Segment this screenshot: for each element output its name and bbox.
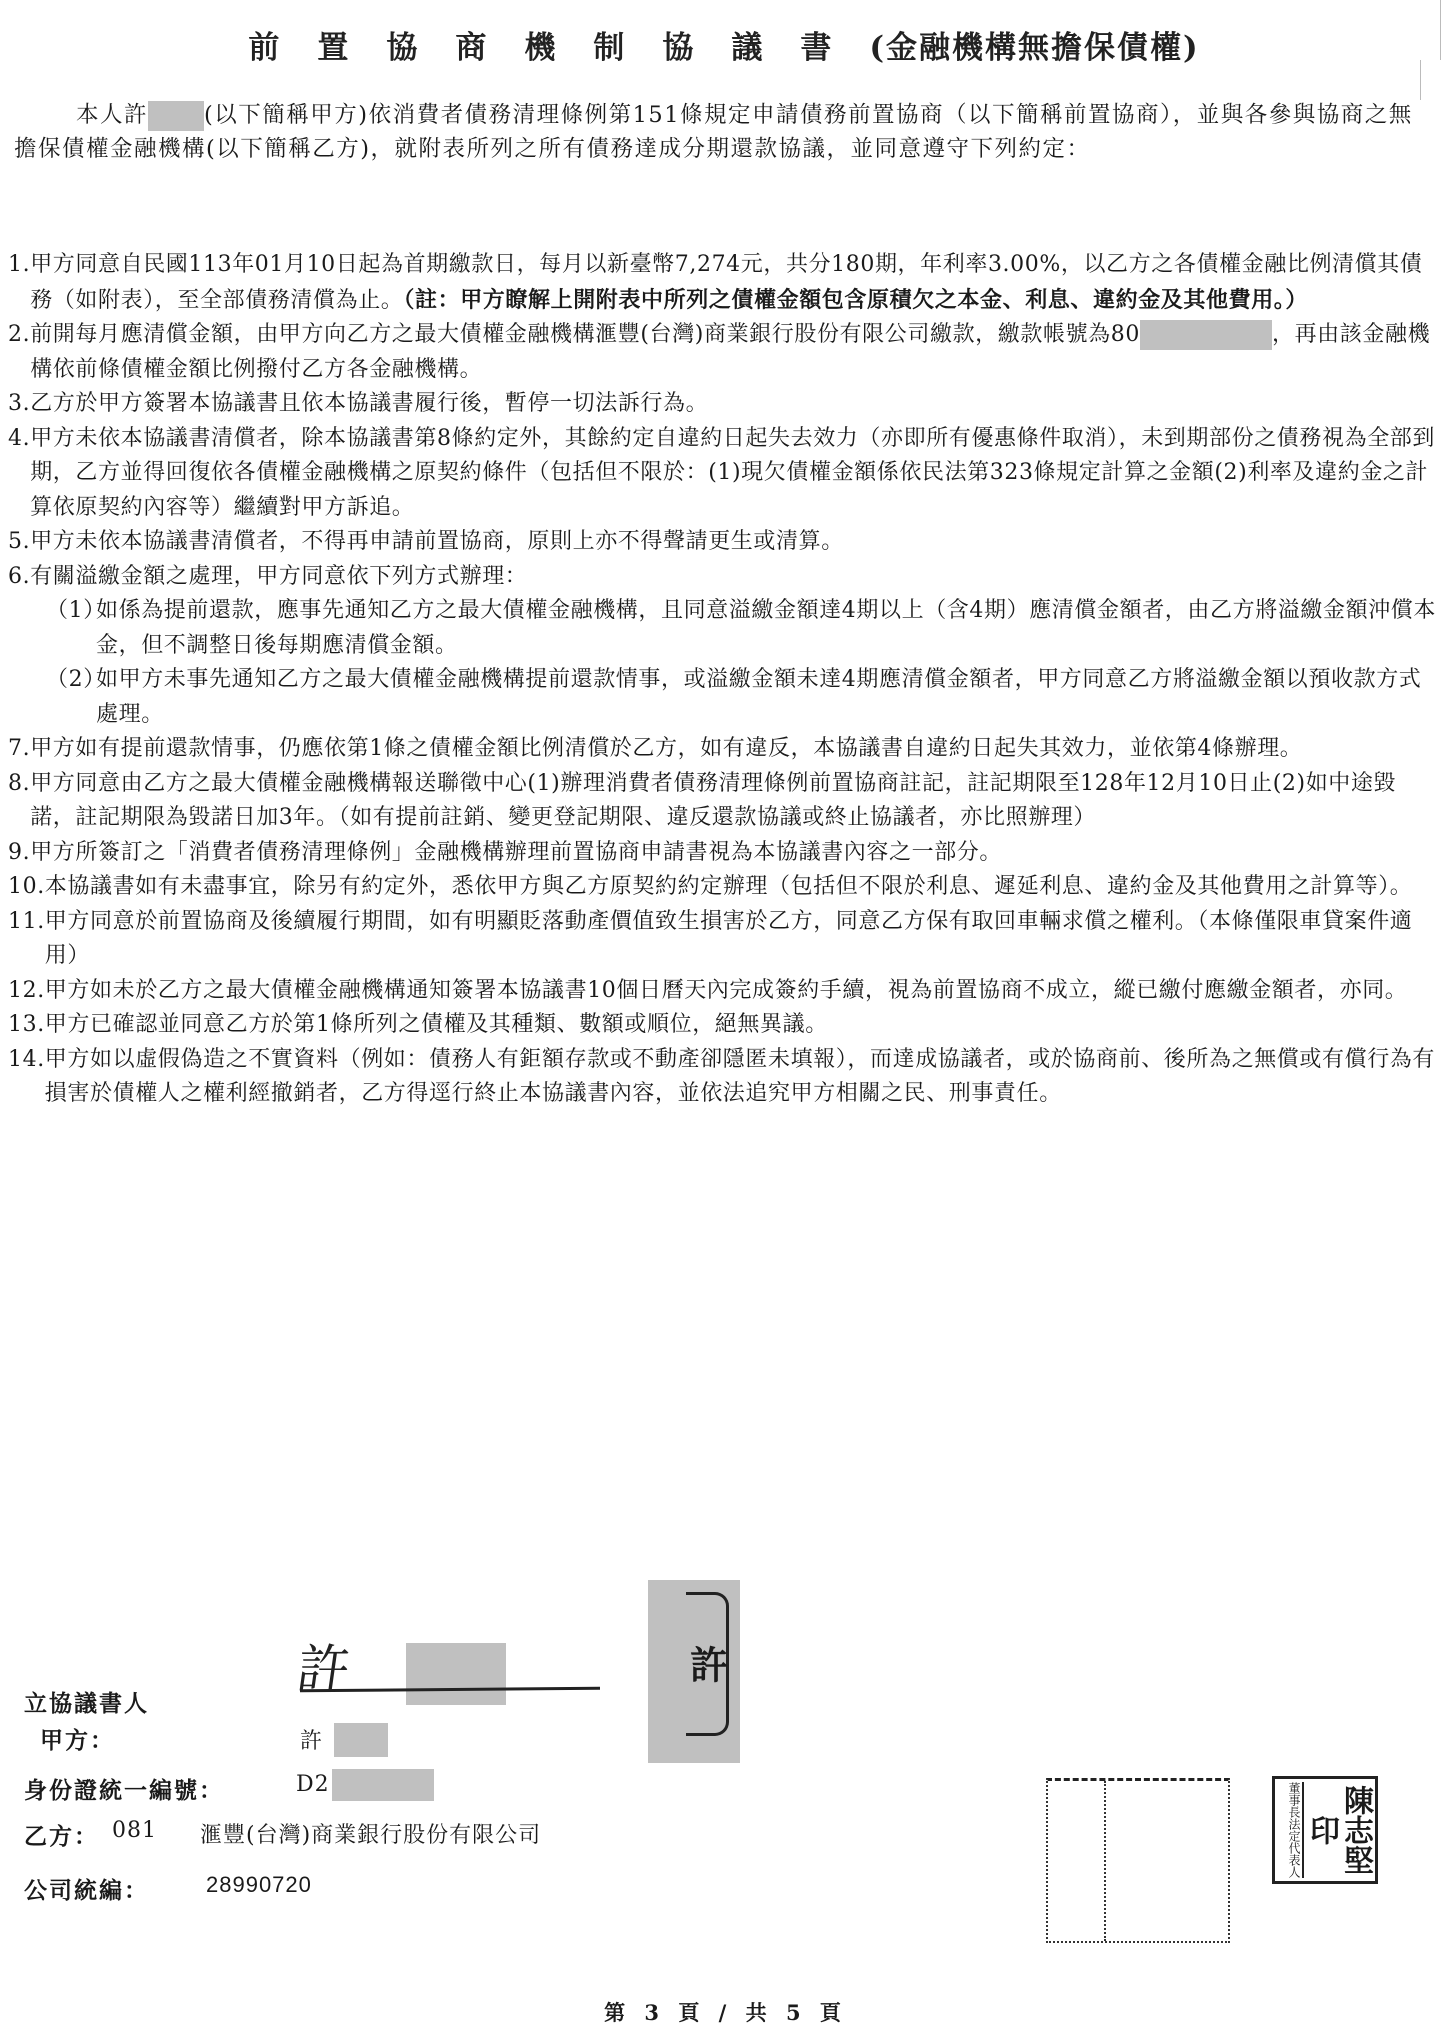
party-a-label: 甲方： [40,1722,115,1755]
intro-paragraph: 本人許(以下簡稱甲方)依消費者債務清理條例第151條規定申請債務前置協商（以下簡… [14,98,1432,166]
clause-12: 12. 甲方如未於乙方之最大債權金融機構通知簽署本協議書10個日曆天內完成簽約手… [8,974,1436,1009]
party-b-name: 滙豐(台灣)商業銀行股份有限公司 [200,1818,541,1849]
clause-6-sub-1: （1） 如係為提前還款，應事先通知乙方之最大債權金融機構，且同意溢繳金額達4期以… [8,594,1436,663]
clause-4: 4. 甲方未依本協議書清償者，除本協議書第8條約定外，其餘約定自違約日起失去效力… [8,422,1436,526]
clause-6-sub-2: （2） 如甲方未事先通知乙方之最大債權金融機構提前還款情事，或溢繳金額未達4期應… [8,663,1436,732]
scan-margin-mark [1440,0,1441,60]
scan-margin-mark [1420,60,1421,100]
title-sub: (金融機構無擔保債權) [869,30,1199,66]
party-a-name: 許 [300,1724,323,1755]
clause-8: 8. 甲方同意由乙方之最大債權金融機構報送聯徵中心(1)辦理消費者債務清理條例前… [8,767,1436,836]
clause-1-note: （註：甲方瞭解上開附表中所列之債權金額包含原積欠之本金、利息、違約金及其他費用。… [403,287,1308,313]
signatory-heading: 立協議書人 [24,1685,149,1718]
clause-10: 10. 本協議書如有未盡事宜，除另有約定外，悉依甲方與乙方原契約約定辦理（包括但… [8,870,1436,905]
clause-9: 9. 甲方所簽訂之「消費者債務清理條例」金融機構辦理前置協商申請書視為本協議書內… [8,836,1436,871]
intro-text: (以下簡稱甲方)依消費者債務清理條例第151條規定申請債務前置協商（以下簡稱前置… [14,102,1413,162]
id-number-label: 身份證統一編號： [24,1772,224,1805]
clause-2: 2. 前開每月應清償金額，由甲方向乙方之最大債權金融機構滙豐(台灣)商業銀行股份… [8,318,1436,387]
seal-small-text: 董事長法定代表人 [1278,1782,1304,1878]
company-id-label: 公司統編： [24,1872,149,1905]
seal-big-text: 陳志堅印 [1304,1782,1372,1878]
representative-seal-stamp: 董事長法定代表人 陳志堅印 [1272,1776,1378,1884]
clause-list: 1. 甲方同意自民國113年01月10日起為首期繳款日，每月以新臺幣7,274元… [8,248,1436,1112]
company-id: 28990720 [206,1872,312,1898]
faded-bank-seal-stamp [1046,1778,1230,1943]
clause-5: 5. 甲方未依本協議書清償者，不得再申請前置協商，原則上亦不得聲請更生或清算。 [8,525,1436,560]
redacted-signature [406,1643,506,1705]
party-b-code: 081 [112,1818,157,1843]
clause-13: 13. 甲方已確認並同意乙方於第1條所列之債權及其種類、數額或順位，絕無異議。 [8,1008,1436,1043]
page-number: 第 3 頁 / 共 5 頁 [0,1997,1448,2027]
clause-7: 7. 甲方如有提前還款情事，仍應依第1條之債權金額比例清償於乙方，如有違反，本協… [8,732,1436,767]
clause-3: 3. 乙方於甲方簽署本協議書且依本協議書履行後，暫停一切法訴行為。 [8,387,1436,422]
redacted-party-a-name [334,1723,388,1757]
redacted-id-number [332,1769,434,1801]
id-number-prefix: D2 [296,1772,330,1797]
redacted-account-number [1140,320,1272,350]
redacted-name [148,101,204,131]
clause-11: 11. 甲方同意於前置協商及後續履行期間，如有明顯貶落動產價值致生損害於乙方，同… [8,905,1436,974]
intro-prefix: 本人許 [76,102,148,128]
personal-seal-stamp: 許 [686,1592,729,1736]
clause-6: 6. 有關溢繳金額之處理，甲方同意依下列方式辦理： [8,560,1436,595]
clause-1: 1. 甲方同意自民國113年01月10日起為首期繳款日，每月以新臺幣7,274元… [8,248,1436,318]
document-page: 前置協商機制協議書(金融機構無擔保債權) 本人許(以下簡稱甲方)依消費者債務清理… [0,0,1448,2032]
clause-14: 14. 甲方如以虛假偽造之不實資料（例如：債務人有鉅額存款或不動產卻隱匿未填報）… [8,1043,1436,1112]
party-b-label: 乙方： [24,1818,99,1851]
title-main: 前置協商機制協議書 [248,30,869,66]
document-title: 前置協商機制協議書(金融機構無擔保債權) [0,22,1448,67]
